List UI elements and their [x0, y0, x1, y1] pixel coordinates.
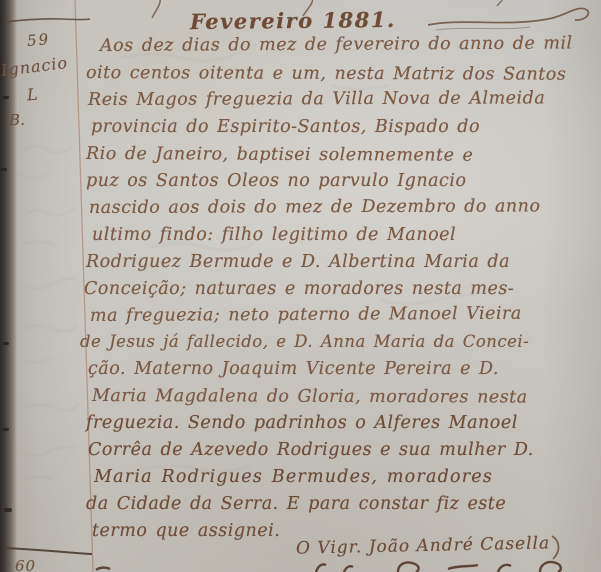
record-line: oito centos oitenta e um, nesta Matriz d… [86, 60, 586, 89]
margin-note-b: B. [9, 111, 25, 130]
cutoff-next-line-strokes [96, 562, 561, 572]
record-line: Rio de Janeiro, baptisei solemnemente e [86, 141, 586, 170]
record-body: Aos dez dias do mez de fevereiro do anno… [86, 33, 586, 545]
record-line: Rodriguez Bermude e D. Albertina Maria d… [86, 249, 586, 276]
binding-ink-mark [1, 168, 7, 171]
record-line: da Cidade da Serra. E para constar fiz e… [86, 491, 586, 518]
record-line: Maria Magdalena do Gloria, moradores nes… [92, 383, 586, 412]
entry-separator-bottom [6, 548, 92, 554]
binding-edge [0, 0, 17, 572]
record-line: provincia do Espirito-Santos, Bispado do [91, 114, 586, 141]
record-line: Conceição; naturaes e moradores nesta me… [84, 276, 586, 303]
signature-flourish-shadow [436, 27, 530, 30]
margin-entry-number: 59 [26, 30, 51, 50]
record-line: nascido aos dois do mez de Dezembro do a… [89, 193, 586, 222]
record-line: Reis Magos freguezia da Villa Nova de Al… [88, 85, 586, 114]
binding-ink-mark [3, 342, 9, 345]
month-year-heading: Fevereiro 1881. [190, 7, 396, 34]
cutoff-ascender-stroke [152, 0, 160, 18]
record-line: Maria Rodrigues Bermudes, moradores [94, 464, 586, 491]
manuscript-page: 59 Ignacio L B. 60 Fevereiro 1881. Aos d… [0, 0, 601, 572]
record-line: Aos dez dias do mez de fevereiro do anno… [100, 30, 586, 59]
binding-ink-mark [2, 428, 9, 431]
margin-next-entry-number: 60 [15, 557, 36, 572]
record-line: ma freguezia; neto paterno de Manoel Vie… [90, 300, 586, 330]
cutoff-ascender-stroke [497, 0, 502, 6]
record-line: Corrêa de Azevedo Rodrigues e sua mulher… [88, 437, 586, 464]
binding-ink-mark [4, 508, 12, 512]
signature-flourish-line [428, 8, 588, 25]
vicar-signature: O Vigr. João André Casella [296, 533, 551, 558]
binding-ink-mark [2, 96, 9, 99]
record-line: freguezia. Sendo padrinhos o Alferes Man… [86, 410, 586, 437]
record-line: ultimo findo: filho legitimo de Manoel [92, 222, 586, 249]
record-line: ção. Materno Joaquim Vicente Pereira e D… [88, 356, 586, 383]
margin-note-l: L [26, 85, 38, 105]
record-line: de Jesus já fallecido, e D. Anna Maria d… [80, 329, 586, 356]
record-line: puz os Santos Oleos no parvulo Ignacio [86, 168, 586, 195]
